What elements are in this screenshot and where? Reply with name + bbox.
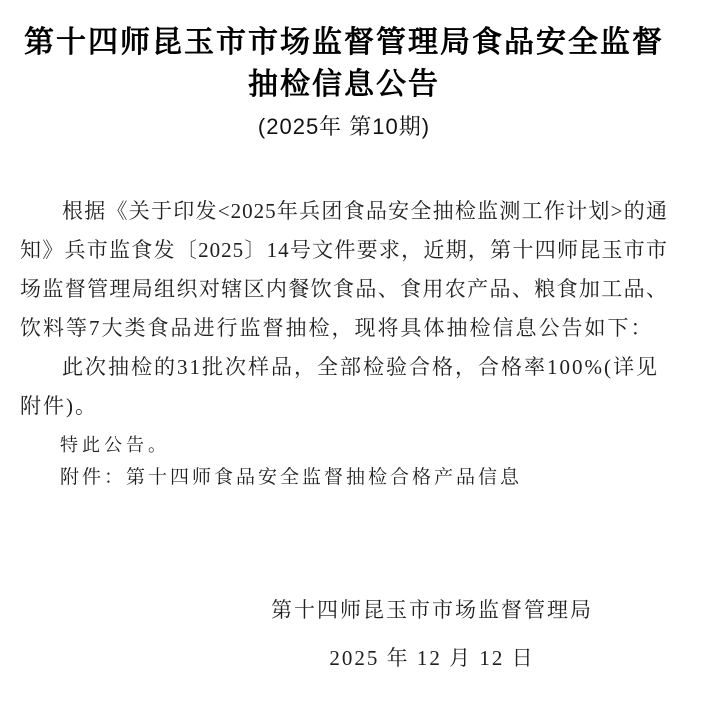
- issue-date: 2025 年 12 月 12 日: [271, 643, 593, 673]
- signature-block: 第十四师昆玉市市场监督管理局 2025 年 12 月 12 日: [271, 593, 593, 673]
- paragraph-results: 此次抽检的31批次样品，全部检验合格，合格率100%(详见 附件)。: [20, 348, 668, 426]
- attachment-reference: 附件：第十四师食品安全监督抽检合格产品信息: [20, 463, 668, 493]
- paragraph-basis-line-2: 知》兵市监食发〔2025〕14号文件要求，近期，第十四师昆玉市市: [20, 231, 668, 270]
- document-content: 第十四师昆玉市市场监督管理局食品安全监督抽检信息公告 (2025年 第10期) …: [0, 0, 701, 673]
- document-title-line1: 第十四师昆玉市市场监督管理局食品安全监督: [24, 26, 664, 59]
- issuing-authority: 第十四师昆玉市市场监督管理局: [271, 593, 593, 627]
- paragraph-basis-line-4: 饮料等7大类食品进行监督抽检，现将具体抽检信息公告如下：: [20, 309, 668, 348]
- paragraph-results-line-2: 附件)。: [20, 387, 668, 426]
- document-title: 第十四师昆玉市市场监督管理局食品安全监督抽检信息公告: [20, 22, 668, 106]
- document-title-line2: 抽检信息公告: [248, 68, 440, 101]
- paragraph-basis: 根据《关于印发<2025年兵团食品安全抽检监测工作计划>的通 知》兵市监食发〔2…: [20, 192, 668, 348]
- announcement-document: 第十四师昆玉市市场监督管理局食品安全监督抽检信息公告 (2025年 第10期) …: [0, 0, 701, 724]
- paragraph-basis-line-1: 根据《关于印发<2025年兵团食品安全抽检监测工作计划>的通: [20, 192, 668, 231]
- closing-statement: 特此公告。: [20, 430, 668, 460]
- paragraph-results-line-1: 此次抽检的31批次样品，全部检验合格，合格率100%(详见: [20, 348, 668, 387]
- document-body: 根据《关于印发<2025年兵团食品安全抽检监测工作计划>的通 知》兵市监食发〔2…: [20, 192, 668, 493]
- paragraph-basis-line-3: 场监督管理局组织对辖区内餐饮食品、食用农产品、粮食加工品、: [20, 270, 668, 309]
- issue-number: (2025年 第10期): [20, 112, 668, 142]
